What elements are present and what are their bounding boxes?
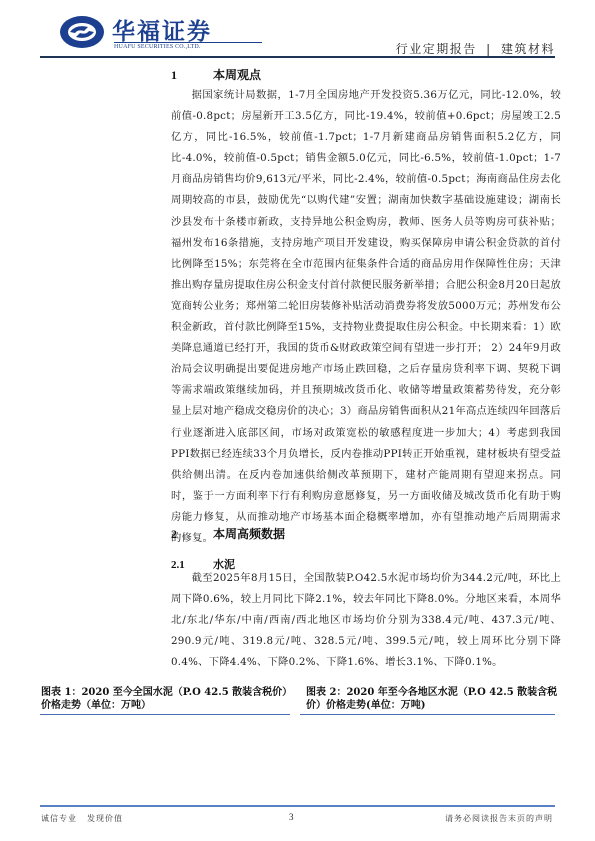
- footer-divider: [40, 805, 555, 807]
- header-divider: [40, 56, 555, 58]
- slogan-2: 发现价值: [87, 814, 123, 823]
- huafu-logo-icon: [58, 14, 106, 50]
- slogan-1: 诚信专业: [41, 814, 77, 823]
- section-title: 本周高频数据: [213, 527, 285, 541]
- section-number: 2: [171, 527, 213, 542]
- header-separator: |: [486, 42, 492, 56]
- figure-2-rule: [300, 714, 555, 715]
- section-2-1-body: 截至2025年8月15日，全国散装P.O42.5水泥市场均价为344.2元/吨，…: [171, 568, 561, 673]
- section-number: 1: [171, 68, 213, 83]
- section-heading-1: 1本周观点: [171, 66, 261, 83]
- footer-slogan: 诚信专业发现价值: [41, 813, 133, 824]
- section-heading-2: 2本周高频数据: [171, 525, 285, 542]
- footer-disclaimer: 请务必阅读报告末页的声明: [445, 813, 553, 824]
- logo-divider: [114, 42, 262, 43]
- figure-1-rule: [40, 714, 290, 715]
- logo-english-name: HUAFU SECURITIES CO.,LTD.: [114, 44, 201, 50]
- weekly-view-paragraph: 据国家统计局数据，1-7月全国房地产开发投资5.36万亿元，同比-12.0%，较…: [171, 85, 561, 549]
- page-number: 3: [289, 812, 294, 822]
- industry-name: 建筑材料: [501, 42, 555, 56]
- section-title: 本周观点: [213, 68, 261, 82]
- figure-2-title: 图表 2：2020 年至今各地区水泥（P.O 42.5 散装含税价）价格走势(单…: [306, 686, 561, 712]
- figure-1-title: 图表 1：2020 至今全国水泥（P.O 42.5 散装含税价）价格走势（单位：…: [41, 686, 296, 712]
- report-type: 行业定期报告: [396, 42, 477, 56]
- company-logo: 华福证券 HUAFU SECURITIES CO.,LTD.: [48, 12, 288, 52]
- section-1-body: 据国家统计局数据，1-7月全国房地产开发投资5.36万亿元，同比-12.0%，较…: [171, 85, 561, 549]
- cement-price-paragraph: 截至2025年8月15日，全国散装P.O42.5水泥市场均价为344.2元/吨，…: [171, 568, 561, 673]
- report-category: 行业定期报告 | 建筑材料: [396, 40, 555, 57]
